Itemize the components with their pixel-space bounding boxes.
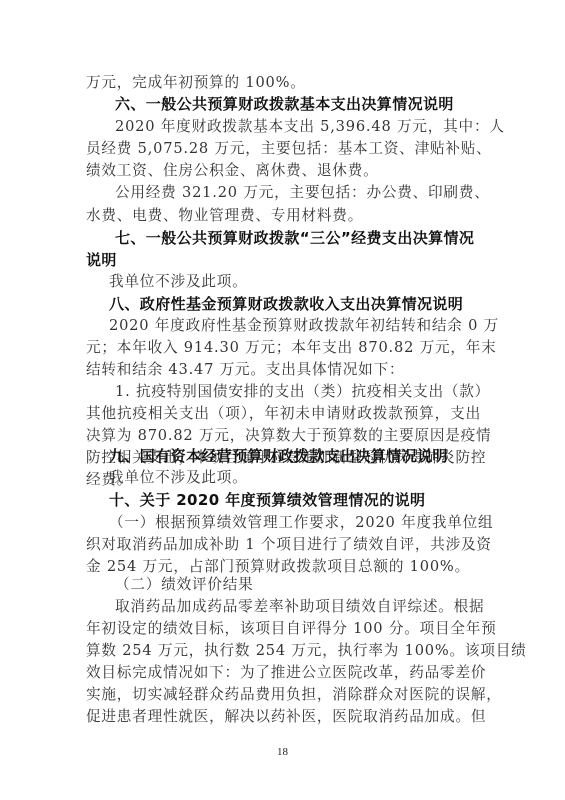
paragraph-line: 公用经费 321.20 万元，主要包括：办公费、印刷费、 bbox=[115, 184, 481, 202]
paragraph-line: 金 254 万元，占部门预算财政拨款项目总额的 100%。 bbox=[86, 558, 481, 576]
section-heading-6: 六、一般公共预算财政拨款基本支出决算情况说明 bbox=[115, 95, 481, 113]
paragraph-line: 实施，切实减轻群众药品费用负担，消除群众对医院的误解， bbox=[86, 686, 481, 704]
paragraph-line: 我单位不涉及此项。 bbox=[109, 469, 481, 487]
paragraph-line: 促进患者理性就医，解决以药补医，医院取消药品加成。但 bbox=[86, 708, 481, 726]
document-page: 万元，完成年初预算的 100%。 六、一般公共预算财政拨款基本支出决算情况说明 … bbox=[0, 0, 565, 800]
section-heading-8: 八、政府性基金预算财政拨款收入支出决算情况说明 bbox=[109, 295, 481, 313]
paragraph-line: 织对取消药品加成补助 1 个项目进行了绩效自评，共涉及资 bbox=[86, 536, 481, 554]
paragraph-line: 效目标完成情况如下：为了推进公立医院改革，药品零差价 bbox=[86, 664, 481, 682]
paragraph-line: 水费、电费、物业管理费、专用材料费。 bbox=[86, 207, 481, 225]
paragraph-line: 2020 年度政府性基金预算财政拨款年初结转和结余 0 万 bbox=[109, 317, 481, 335]
section-heading-7: 七、一般公共预算财政拨款“三公”经费支出决算情况 bbox=[115, 229, 481, 247]
paragraph-line: 员经费 5,075.28 万元，主要包括：基本工资、津贴补贴、 bbox=[86, 140, 481, 158]
paragraph-line: 年初设定的绩效目标，该项目自评得分 100 分。项目全年预 bbox=[86, 620, 481, 638]
paragraph-line: 绩效工资、住房公积金、离休费、退休费。 bbox=[86, 162, 481, 180]
paragraph-line: 结转和结余 43.47 万元。支出具体情况如下： bbox=[86, 361, 481, 379]
paragraph-line: 我单位不涉及此项。 bbox=[109, 273, 481, 291]
subsection-heading: （二）绩效评价结果 bbox=[115, 576, 481, 594]
paragraph-line: 1. 抗疫特别国债安排的支出（类）抗疫相关支出（款） bbox=[115, 383, 481, 401]
paragraph-line: 元；本年收入 914.30 万元；本年支出 870.82 万元，年末 bbox=[86, 339, 481, 357]
paragraph-line: 取消药品加成药品零差率补助项目绩效自评综述。根据 bbox=[115, 598, 481, 616]
section-heading-10: 十、关于 2020 年度预算绩效管理情况的说明 bbox=[109, 491, 481, 509]
paragraph-line: 万元，完成年初预算的 100%。 bbox=[86, 74, 481, 92]
page-number: 18 bbox=[0, 746, 565, 758]
section-heading-9: 九、国有资本经营预算财政拨款支出决算情况说明 bbox=[109, 447, 481, 465]
section-heading-7-cont: 说明 bbox=[86, 251, 481, 269]
paragraph-line: 2020 年度财政拨款基本支出 5,396.48 万元，其中：人 bbox=[115, 118, 481, 136]
paragraph-line: （一）根据预算绩效管理工作要求，2020 年度我单位组 bbox=[109, 514, 481, 532]
paragraph-line: 决算为 870.82 万元，决算数大于预算数的主要原因是疫情 bbox=[86, 427, 481, 445]
paragraph-line: 其他抗疫相关支出（项），年初未申请财政拨款预算，支出 bbox=[86, 405, 481, 423]
paragraph-line: 算数 254 万元，执行数 254 万元，执行率为 100%。该项目绩 bbox=[86, 642, 481, 660]
